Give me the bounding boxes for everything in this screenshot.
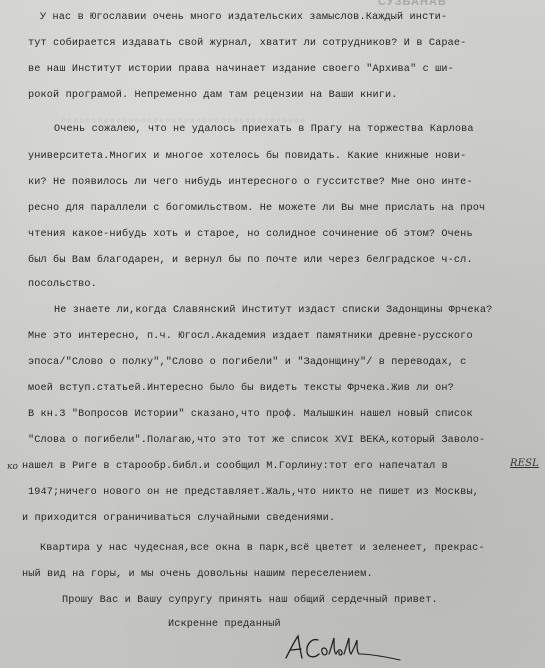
right-margin-annotation: RESL: [510, 458, 539, 469]
text-line: рокой програмой. Непременно дам там реце…: [28, 90, 398, 101]
text-line: 1947;ничего нового он не представляет.Жа…: [28, 487, 479, 498]
text-line: ве наш Институт истории права начинает и…: [28, 64, 454, 75]
text-line: У нас в Югославии очень много издательск…: [40, 12, 447, 23]
text-line: ный вид на горы, и мы очень довольны наш…: [22, 569, 373, 580]
header-ghost-text: СУЗБАНАВ: [378, 0, 447, 8]
text-line: Прошу Вас и Вашу супругу принять наш общ…: [62, 595, 438, 606]
text-line: и приходится ограничиваться случайными с…: [22, 513, 335, 524]
text-line: тут собирается издавать свой журнал, хва…: [28, 38, 466, 49]
text-line: Очень сожалею, что не удалось приехать в…: [54, 124, 474, 135]
text-line: Не знаете ли,когда Славянский Институт и…: [54, 305, 492, 316]
text-line: ки? Не появилось ли чего нибудь интересн…: [28, 177, 473, 188]
closing-text: Искренне преданный: [168, 619, 281, 630]
text-line: университета.Многих и многое хотелось бы…: [28, 151, 466, 162]
text-line: ресно для параллели с богомильством. Не …: [28, 203, 485, 214]
text-line: В кн.3 "Вопросов Истории" сказано,что пр…: [28, 409, 473, 420]
text-line: был бы Вам благодарен, и вернул бы по по…: [28, 255, 473, 266]
left-margin-annotation: ко: [7, 462, 18, 472]
text-line: чтения какое-нибудь хоть и старое, но со…: [28, 229, 473, 240]
scanned-letter-page: ᵒᵒᵒᵒᵒᵒᵒᵒᵒᵒᵒᵒᵒᵒᵒᵒᵒᵒᵒᵒᵒᵒᵒᵒᵒᵒᵒᵒᵒᵒᵒᵒᵒᵒᵒᵒᵒᵒᵒᵒ…: [0, 0, 545, 668]
text-line: "Слова о погибели".Полагаю,что это тот ж…: [28, 435, 485, 446]
text-line: моей вступ.статьей.Интересно было бы вид…: [28, 383, 454, 394]
text-line: нашел в Риге в старообр.библ.и сообщил М…: [22, 461, 448, 472]
text-line: Мне это интересно, п.ч. Югосл.Академия и…: [28, 331, 473, 342]
text-line: Квартира у нас чудесная,все окна в парк,…: [40, 543, 485, 554]
handwritten-signature: А Соловьев: [282, 632, 402, 666]
text-line: эпоса/"Слово о полку","Слово о погибели"…: [28, 357, 466, 368]
text-line: посольство.: [28, 279, 97, 290]
